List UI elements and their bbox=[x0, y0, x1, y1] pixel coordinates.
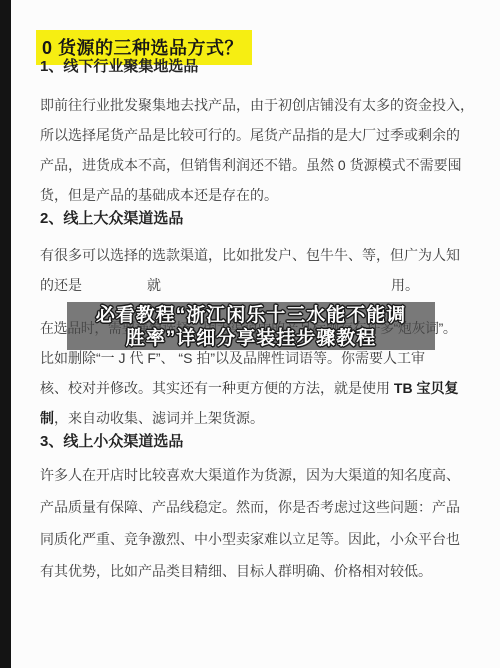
paragraph-line: 有其优势，比如产品类目精细、目标人群明确、价格相对较低。 bbox=[40, 555, 466, 587]
title-row: 0 货源的三种选品方式？ bbox=[40, 30, 466, 58]
obscured-fragment: 用。 bbox=[391, 277, 419, 293]
section-2-heading: 2、线上大众渠道选品 bbox=[40, 210, 466, 228]
bold-tool-name: 制 bbox=[40, 410, 54, 426]
section-3-paragraph: 许多人在开店时比较喜欢大渠道作为货源，因为大渠道的知名度高、 产品质量有保障、产… bbox=[40, 459, 466, 587]
overlay-ad-banner: 必看教程“浙江闲乐十三水能不能调 胜率”详细分享装挂步骤教程 bbox=[67, 302, 435, 350]
section-2-paragraph-1: 有很多可以选择的选款渠道，比如批发户、包牛牛、等，但广为人知 的还是就用。 bbox=[40, 240, 466, 300]
paragraph-line: 同质化严重、竞争激烈、中小型卖家难以立足等。因此，小众平台也 bbox=[40, 523, 466, 555]
line-text: 核、校对并修改。其实还有一种更方便的方法，就是使用 bbox=[40, 380, 394, 396]
overlay-ad-text-line-1: 必看教程“浙江闲乐十三水能不能调 bbox=[67, 304, 435, 327]
section-1-heading: 1、线下行业聚集地选品 bbox=[40, 58, 466, 76]
left-black-strip bbox=[0, 0, 11, 668]
obscured-fragment: 就 bbox=[147, 277, 161, 293]
paragraph-line: 制，来自动收集、滤词并上架货源。 bbox=[40, 403, 466, 433]
obscured-fragment: 的还是 bbox=[40, 277, 82, 293]
paragraph-line: 有很多可以选择的选款渠道，比如批发户、包牛牛、等，但广为人知 bbox=[40, 240, 466, 270]
paragraph-line: 所以选择尾货产品是比较可行的。尾货产品指的是大厂过季或剩余的 bbox=[40, 120, 466, 150]
section-1-paragraph: 即前往行业批发聚集地去找产品，由于初创店铺没有太多的资金投入， 所以选择尾货产品… bbox=[40, 90, 466, 210]
line-text: ，来自动收集、滤词并上架货源。 bbox=[54, 410, 264, 426]
paragraph-line-obscured-by-banner: 的还是就用。 bbox=[40, 270, 466, 300]
paragraph-line: 货，但是产品的基础成本还是存在的。 bbox=[40, 180, 466, 210]
paragraph-line: 即前往行业批发聚集地去找产品，由于初创店铺没有太多的资金投入， bbox=[40, 90, 466, 120]
bold-tool-name: TB 宝贝复 bbox=[394, 380, 459, 396]
paragraph-line: 核、校对并修改。其实还有一种更方便的方法，就是使用 TB 宝贝复 bbox=[40, 373, 466, 403]
paragraph-line: 产品，进货成本不高，但销售利润还不错。虽然 0 货源模式不需要囤 bbox=[40, 150, 466, 180]
paragraph-line: 许多人在开店时比较喜欢大渠道作为货源，因为大渠道的知名度高、 bbox=[40, 459, 466, 491]
overlay-ad-text-line-2: 胜率”详细分享装挂步骤教程 bbox=[67, 327, 435, 350]
paragraph-line: 产品质量有保障、产品线稳定。然而，你是否考虑过这些问题：产品 bbox=[40, 491, 466, 523]
section-3-heading: 3、线上小众渠道选品 bbox=[40, 433, 466, 451]
